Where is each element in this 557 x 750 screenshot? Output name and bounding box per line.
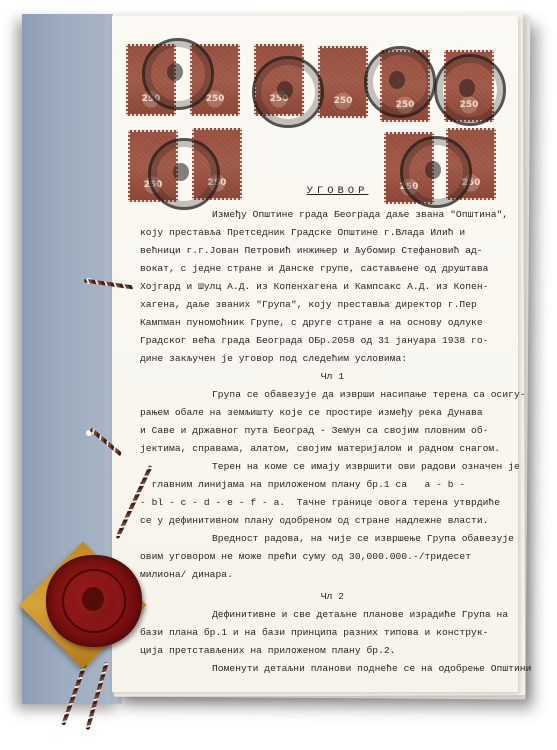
article-2-body: Дефинитивне и све детаљне планове изради… bbox=[140, 606, 525, 678]
postmark-cancel bbox=[252, 56, 324, 128]
text-line: дине закључен је уговор под следећим усл… bbox=[140, 350, 525, 368]
text-line: Дефинитивне и све детаљне планове изради… bbox=[140, 606, 525, 624]
text-line: вокат, с једне стране и Данске групе, са… bbox=[140, 260, 525, 278]
contract-text: УГОВОР Између Општине града Београда даљ… bbox=[140, 182, 525, 678]
stamp-denomination: 250 bbox=[320, 96, 366, 106]
text-line: Кампман пуномоћник Групе, с друге стране… bbox=[140, 314, 525, 332]
text-line: Хојгард и Шулц А.Д. из Копенхагена и Кам… bbox=[140, 278, 525, 296]
text-line: хагена, даље званих "Група", коју преста… bbox=[140, 296, 525, 314]
article-1-body: Група се обавезује да изврши насипање те… bbox=[140, 386, 525, 584]
article-1-heading: Чл 1 bbox=[140, 368, 525, 386]
text-line: - bl - c - d - e - f - a. Тачне границе … bbox=[140, 494, 525, 512]
text-line: Терен на коме се имају извршити ови радо… bbox=[140, 458, 525, 476]
text-line: се у дефинитивном плану одобреном од стр… bbox=[140, 512, 525, 530]
text-line: бази плана бр.1 и на бази принципа разни… bbox=[140, 624, 525, 642]
text-line: Вредност радова, на чије се извршење Гру… bbox=[140, 530, 525, 548]
text-line: рањем обале на земљишту које се простире… bbox=[140, 404, 525, 422]
text-line: јектима, справама, алатом, својим матери… bbox=[140, 440, 525, 458]
text-line: Група се обавезује да изврши насипање те… bbox=[140, 386, 525, 404]
preamble: Између Општине града Београда даље звана… bbox=[140, 206, 525, 368]
text-line: Поменути детаљни планови поднеће се на о… bbox=[140, 660, 525, 678]
wax-seal bbox=[46, 555, 142, 647]
article-2-heading: Чл 2 bbox=[140, 588, 525, 606]
postmark-cancel bbox=[364, 46, 436, 118]
text-line: већници г.г.Јован Петровић инжињер и Љуб… bbox=[140, 242, 525, 260]
text-line: коју преставља Претседник Градске Општин… bbox=[140, 224, 525, 242]
text-line: Између Општине града Београда даље звана… bbox=[140, 206, 525, 224]
text-line: у главним линијама на приложеном плану б… bbox=[140, 476, 525, 494]
text-line: милиона/ динара. bbox=[140, 566, 525, 584]
postmark-cancel bbox=[142, 38, 214, 110]
revenue-stamp: 250 bbox=[318, 46, 368, 118]
contract-title: УГОВОР bbox=[140, 182, 525, 200]
seal-emblem-icon bbox=[82, 587, 104, 611]
text-line: и Саве и државног пута Београд - Земун с… bbox=[140, 422, 525, 440]
text-line: Градског већа града Београда ОБр.2058 од… bbox=[140, 332, 525, 350]
text-line: овим уговором не може прећи суму од 30,0… bbox=[140, 548, 525, 566]
text-line: ција претстављених на приложеном плану б… bbox=[140, 642, 525, 660]
postmark-cancel bbox=[434, 54, 506, 126]
